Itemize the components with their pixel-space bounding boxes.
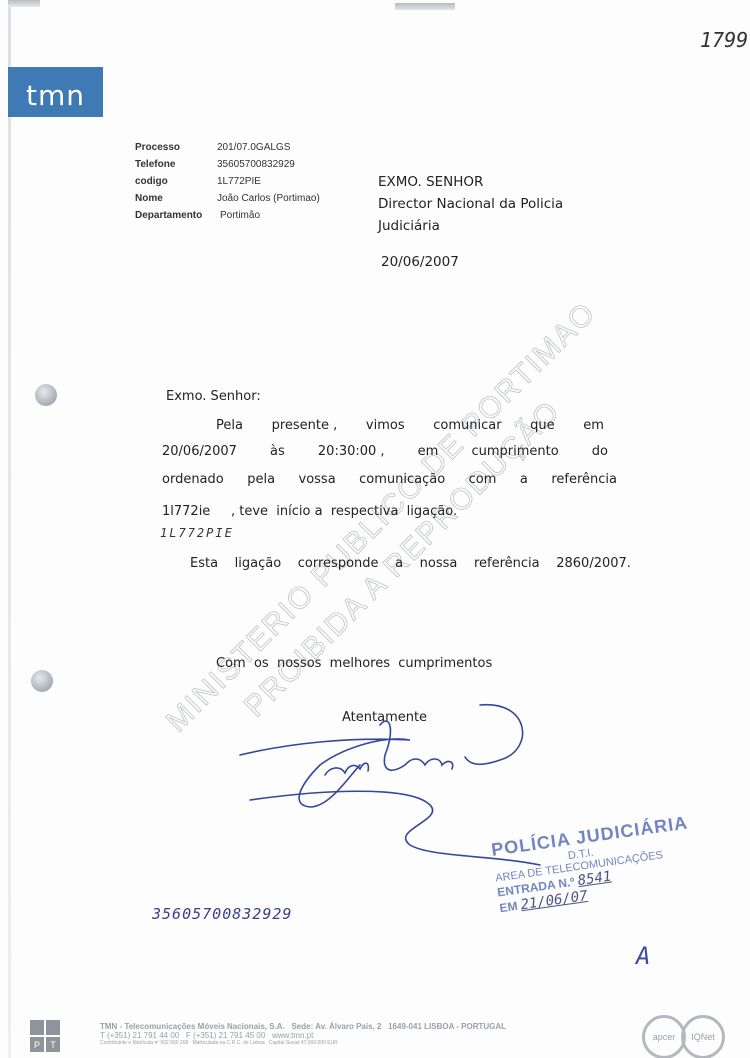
punch-hole: [31, 670, 53, 692]
closing: Com os nossos melhores cumprimentos: [216, 656, 492, 671]
metadata-row: DepartamentoPortimão: [135, 207, 320, 224]
punch-hole: [35, 384, 57, 406]
iqnet-cert-logo: IQNet: [681, 1015, 725, 1058]
metadata-block: Processo201/07.0GALGS Telefone3560570083…: [135, 139, 320, 224]
body-line: Pelapresente ,vimoscomunicarqueem: [216, 418, 604, 433]
body-line: 20/06/2007às20:30:00 ,emcumprimentodo: [162, 444, 608, 459]
body-line: ordenadopelavossacomunicaçãocomareferênc…: [162, 472, 617, 487]
scan-artifact: [395, 3, 455, 10]
handwritten-phone: 35605700832929: [152, 905, 292, 923]
recipient-line: EXMO. SENHOR: [378, 171, 563, 193]
salutation: Exmo. Senhor:: [166, 389, 261, 404]
handwritten-code: 1L772PIE: [160, 526, 234, 540]
metadata-row: Processo201/07.0GALGS: [135, 139, 320, 156]
scan-edge: [8, 0, 11, 1058]
apcer-cert-logo: apcer: [642, 1015, 686, 1058]
handwritten-page-number: 1799: [700, 28, 748, 52]
body-line: Estaligaçãocorrespondeanossareferência28…: [190, 556, 631, 571]
scan-artifact: [8, 0, 40, 7]
recipient-line: Judiciária: [378, 215, 563, 237]
pt-logo: PT: [30, 1020, 60, 1052]
metadata-row: NomeJoão Carlos (Portimao): [135, 190, 320, 207]
letter-date: 20/06/2007: [381, 254, 459, 270]
metadata-row: Telefone35605700832929: [135, 156, 320, 173]
body-line: 1l772ie , teve início a respectiva ligaç…: [162, 504, 457, 519]
footer-company-info: TMN - Telecomunicações Móveis Nacionais,…: [100, 1022, 506, 1046]
stamp-initials: A: [636, 942, 650, 970]
recipient-address: EXMO. SENHOR Director Nacional da Polici…: [378, 171, 563, 237]
tmn-logo: tmn: [8, 67, 103, 117]
recipient-line: Director Nacional da Policia: [378, 193, 563, 215]
metadata-row: codigo1L772PIE: [135, 173, 320, 190]
